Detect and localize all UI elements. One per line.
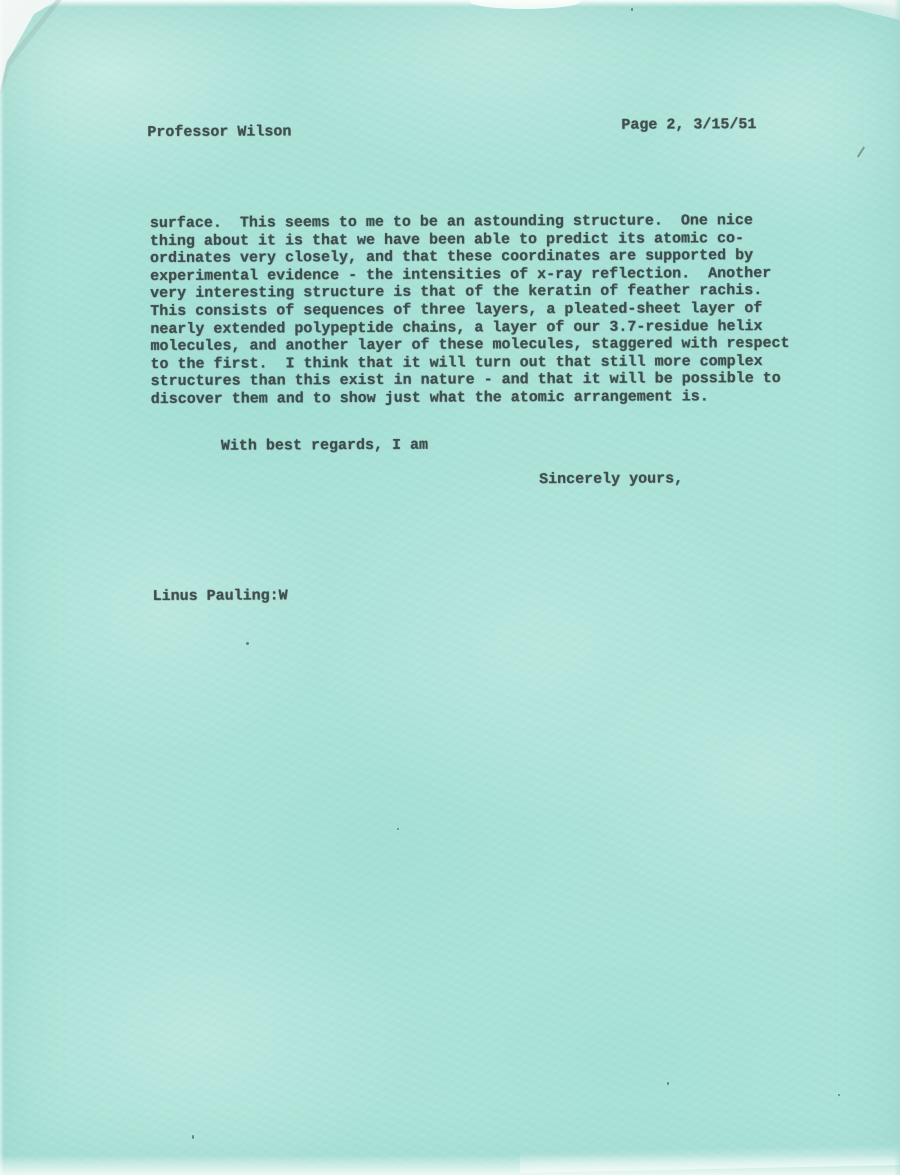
closing-line: With best regards, I am [221,437,428,455]
signature-line: Linus Pauling:W [153,587,288,605]
header-page-and-date: Page 2, 3/15/51 [621,116,756,134]
scanned-letter-page: Professor Wilson Page 2, 3/15/51 surface… [0,0,900,1175]
body-line: discover them and to show just what the … [151,388,811,409]
letter-body-paragraph: surface. This seems to me to be an astou… [150,212,811,409]
body-line: structures than this exist in nature - a… [151,370,811,391]
typed-text-layer: Professor Wilson Page 2, 3/15/51 surface… [0,0,900,1175]
header-recipient: Professor Wilson [147,123,291,141]
signoff-line: Sincerely yours, [539,470,683,488]
